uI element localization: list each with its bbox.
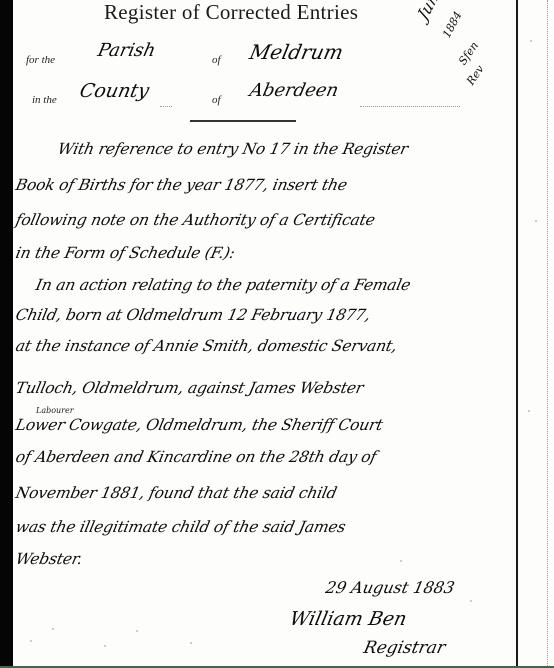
- body-line-8: Tulloch, Oldmeldrum, against James Webst…: [14, 379, 365, 397]
- parish-label: Parish: [96, 40, 158, 61]
- body-line-3: following note on the Authority of a Cer…: [14, 211, 377, 229]
- scan-speck: [400, 560, 402, 562]
- county-dotted-leader: [160, 106, 172, 107]
- margin-note-year: 1884: [440, 9, 465, 40]
- body-line-9: Lower Cowgate, Oldmeldrum, the Sheriff C…: [14, 416, 384, 434]
- county-label: County: [78, 80, 152, 102]
- body-line-5: In an action relating to the paternity o…: [34, 276, 412, 294]
- scan-left-border: [0, 0, 13, 668]
- scan-speck: [190, 642, 192, 644]
- scanned-register-page: Register of Corrected Entries for the Pa…: [0, 0, 554, 668]
- body-line-12: was the illegitimate child of the said J…: [14, 518, 347, 536]
- margin-note-month: June: [414, 0, 446, 24]
- registrar-signature: William Ben: [288, 608, 409, 630]
- body-line-6: Child, born at Oldmeldrum 12 February 18…: [14, 306, 372, 324]
- scan-speck: [530, 40, 532, 42]
- registrar-title: Registrar: [362, 638, 447, 658]
- header-divider-rule: [190, 120, 296, 122]
- body-line-7: at the instance of Annie Smith, domestic…: [14, 337, 399, 355]
- parish-value: Meldrum: [247, 40, 345, 64]
- county-value-dotted-leader: [360, 106, 460, 107]
- body-line-2: Book of Births for the year 1877, insert…: [14, 176, 349, 194]
- county-value: Aberdeen: [248, 80, 341, 101]
- scan-speck: [470, 600, 472, 602]
- scan-speck: [104, 645, 106, 647]
- entry-date: 29 August 1883: [324, 578, 456, 597]
- scan-speck: [136, 630, 138, 632]
- body-line-1: With reference to entry No 17 in the Reg…: [56, 140, 410, 158]
- scan-speck: [535, 220, 537, 222]
- parish-of-label: of: [212, 54, 221, 66]
- margin-note-rev: Rev: [464, 63, 487, 88]
- body-line-4: in the Form of Schedule (F.):: [14, 244, 236, 262]
- scan-speck: [528, 410, 530, 412]
- page-margin-rule: [516, 0, 518, 666]
- page-edge-dotted-rule: [547, 0, 548, 666]
- county-of-label: of: [212, 94, 221, 106]
- body-line-13: Webster.: [14, 550, 84, 568]
- body-line-10: of Aberdeen and Kincardine on the 28th d…: [14, 448, 378, 466]
- parish-label-prefix: for the: [26, 54, 55, 66]
- page-title: Register of Corrected Entries: [104, 0, 358, 25]
- interlineation-note: Labourer: [36, 406, 74, 415]
- body-line-11: November 1881, found that the said child: [14, 484, 338, 502]
- scan-speck: [52, 628, 54, 630]
- county-label-prefix: in the: [32, 94, 57, 106]
- scan-speck: [30, 640, 32, 642]
